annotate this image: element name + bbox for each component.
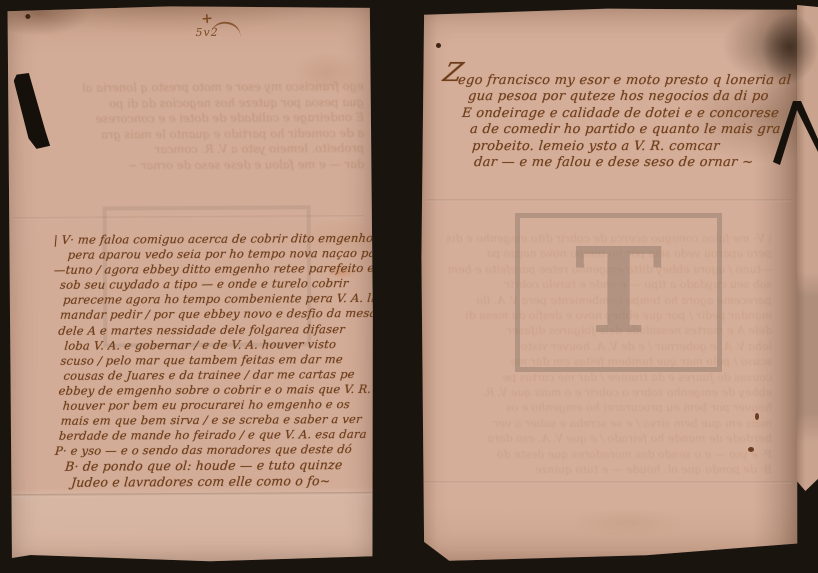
stamp-letter: T — [575, 232, 663, 350]
handwritten-line: E ondeirage e calidade de dotei e e conc… — [461, 106, 788, 122]
handwritten-line: dar — e me falou e dese seso de ornar ~ — [473, 155, 788, 171]
handwritten-text-block: | V· me faloa comiguo acerca de cobrir d… — [54, 231, 371, 490]
handwritten-line: ego francisco my esor e moto presto q lo… — [457, 73, 788, 89]
bleedthrough-line: probeito. lemeio ysto a V. R. comcar — [64, 141, 365, 158]
bleedthrough-line: ebbey de emgenho sobre o cobrir e o mais… — [441, 385, 772, 400]
manuscript-right-page: | V· me faloa comiguo acerca de cobrir d… — [418, 7, 798, 563]
bleedthrough-line: mais em que bem sirva / e se screba e sa… — [441, 416, 772, 431]
paper-stain — [568, 507, 688, 537]
dark-stain — [762, 14, 818, 82]
fold-crease — [424, 481, 792, 484]
handwritten-text-block: Z ego francisco my esor e moto presto q … — [458, 73, 788, 171]
handwritten-line: Judeo e lavradores com elle como o fo~ — [71, 472, 371, 489]
handwritten-line: gua pesoa por quteze hos negocios da di … — [467, 89, 788, 105]
bleedthrough-line: houver por bem eu procurarei ho emgenho … — [441, 400, 772, 415]
handwritten-line: cousas de Juares e da trainee / dar me c… — [63, 367, 370, 384]
archive-stamp: T — [515, 213, 722, 372]
folio-mark: + 5v2 — [195, 12, 218, 38]
bleedthrough-line: berdade de mande ho feirado / e que V. A… — [441, 431, 772, 446]
handwritten-line: mandar pedir / por que ebbey novo e desf… — [60, 306, 370, 323]
handwritten-line: loba V. A. e gobernar / e de V. A. houve… — [64, 337, 370, 354]
handwritten-line: dele A e martes nessidade dele folgarea … — [58, 321, 370, 338]
bleedthrough-line: dar — e me falou e dese seso de ornar ~ — [64, 157, 365, 174]
handwritten-line: scuso / pelo mar que tambem feitas em da… — [60, 352, 370, 369]
bleedthrough-line: E ondeirage e calidade de dotei e e conc… — [63, 110, 364, 127]
bleedthrough-text-block: ego francisco my esor e moto presto q lo… — [64, 79, 365, 174]
bleedthrough-line: ego francisco my esor e moto presto q lo… — [63, 79, 364, 96]
handwritten-line: a de comedir ho partido e quanto le mais… — [469, 122, 788, 138]
fold-chevron-mark — [760, 90, 818, 170]
handwritten-line: B· de pondo que ol: houde — e tuto quinz… — [65, 457, 371, 474]
manuscript-photo: + 5v2 ego francisco my esor e moto prest… — [0, 0, 818, 573]
page-tear-mark — [14, 73, 50, 149]
manuscript-left-page: + 5v2 ego francisco my esor e moto prest… — [5, 3, 374, 564]
ink-speck — [436, 43, 441, 48]
fold-crease — [426, 199, 792, 202]
bleedthrough-line: P· e yso — e o sendo das moradores que d… — [441, 447, 772, 462]
handwritten-line: probeito. lemeio ysto a V. R. comcar — [471, 139, 788, 155]
bleedthrough-line: B· de pondo que ol: houde — e tuto quinz… — [441, 462, 772, 477]
ink-speck — [25, 14, 30, 19]
fold-crease — [12, 492, 372, 497]
